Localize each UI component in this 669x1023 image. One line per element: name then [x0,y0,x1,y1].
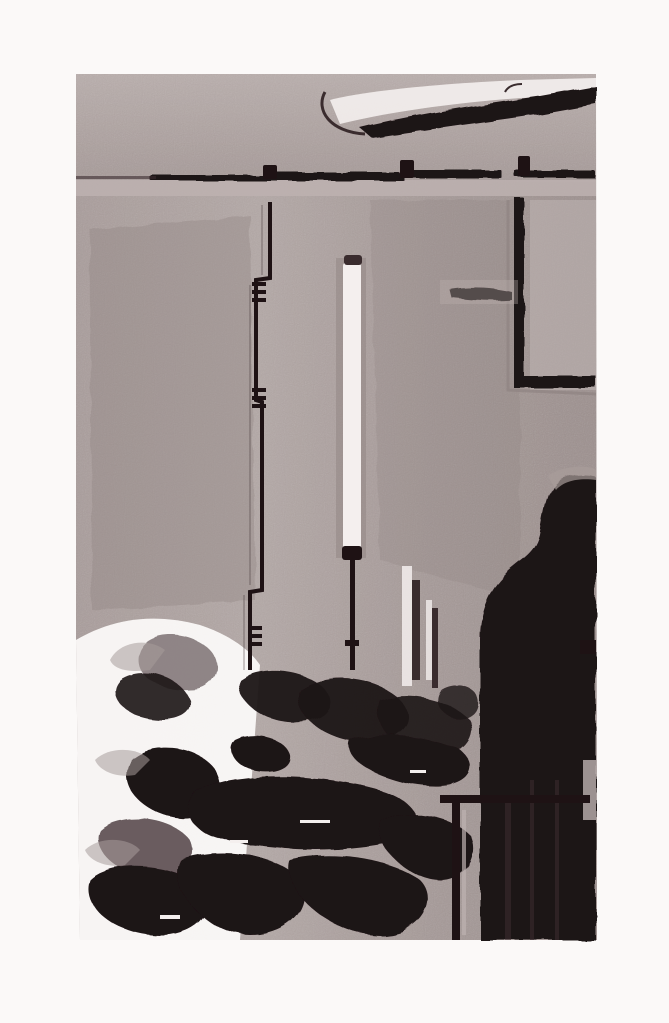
door-gap-light [583,760,596,820]
conduit-coupling [252,282,266,286]
tube-cap-top [344,255,362,265]
foliage-highlight [410,770,426,773]
foliage-highlight [160,915,180,919]
tube-cap-bottom [342,546,362,560]
conduit-clamp [400,160,414,178]
fixture-post-2 [432,608,438,688]
conduit-coupling [248,642,262,646]
fluorescent-tube [343,262,361,552]
tube-conduit-coupling [345,640,359,646]
conduit-coupling [252,290,266,294]
conduit-segment [265,172,400,179]
ink-wash-painting [0,0,669,1023]
painting-paper [0,0,669,1023]
fixture-highlight-2 [426,600,432,680]
door-bracket [580,640,596,654]
door-board-line [505,800,511,940]
conduit-coupling [252,298,266,302]
conduit-coupling [252,388,266,392]
conduit-clamp [263,165,277,179]
door-post-highlight [462,810,466,935]
conduit-coupling [248,634,262,638]
door-post [452,800,460,940]
conduit-faint [76,176,156,179]
door-board-line [530,780,534,940]
ledge-highlight [76,180,596,196]
tube-conduit-down [350,558,355,670]
door-rail [440,795,590,803]
wall-shadow-left [90,215,255,610]
wall-light-right [530,200,596,390]
foliage-highlight [230,840,248,843]
fixture-highlight [402,566,412,686]
wall-shadow-right [370,200,520,600]
foliage-highlight [300,820,330,823]
branch-highlight [440,280,518,304]
door-board-line [555,780,559,940]
conduit-clamp [518,156,530,176]
conduit-coupling [252,396,266,400]
conduit-coupling [252,404,266,408]
conduit-segment [402,170,502,178]
conduit-coupling [248,626,262,630]
fixture-post [412,580,420,680]
